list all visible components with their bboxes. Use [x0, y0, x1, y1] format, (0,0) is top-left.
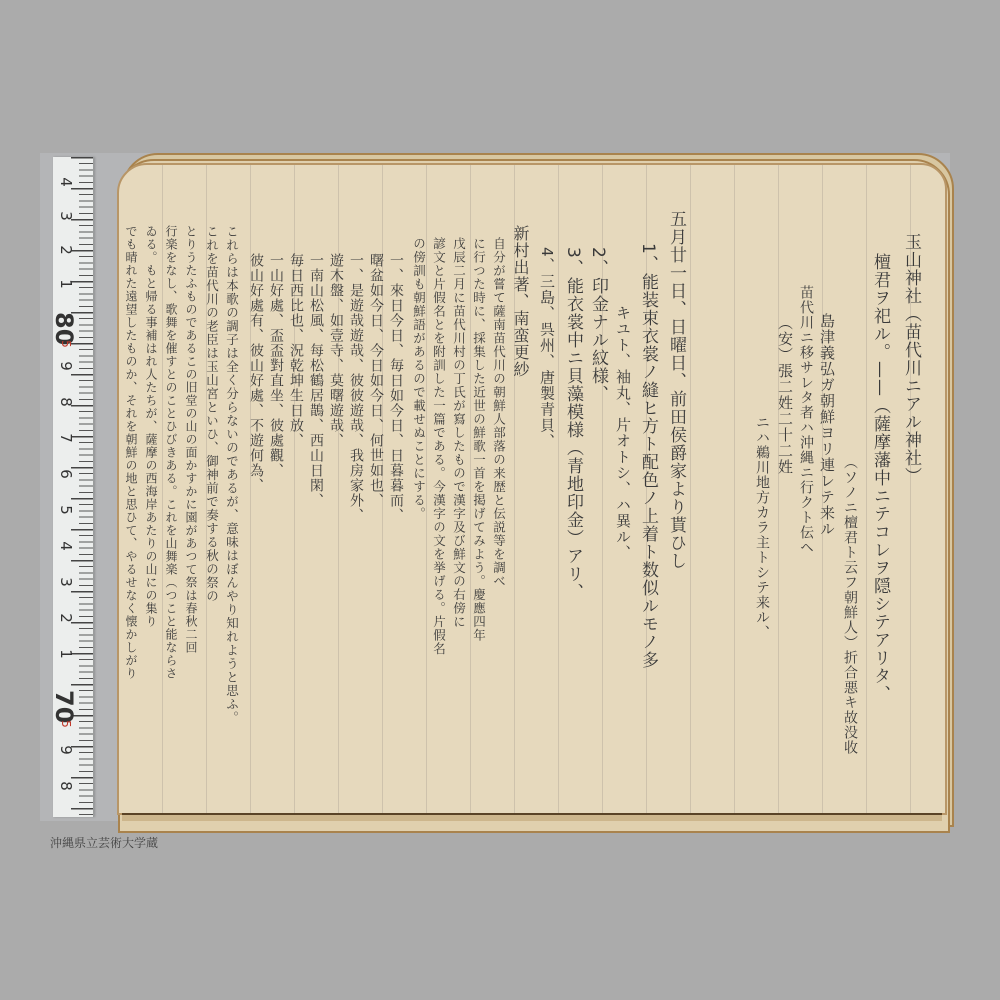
text-column: 玉山神社（苗代川ニアル神社）	[902, 233, 919, 485]
text-column: ゐる。もと帰る事補はれ人たちが、薩摩の西海岸あたりの山にの集り	[145, 225, 157, 628]
text-column: 3、能衣裳中ニ貝藻模様（青地印金）アリ、	[564, 247, 581, 601]
text-column: ニハ鵜川地方カラ主トシテ来ル、	[755, 415, 769, 640]
text-column: 苗代川ニ移サレタ者ハ沖縄ニ行クト伝ヘ	[799, 285, 813, 555]
ruler-label: 3	[57, 571, 75, 593]
text-column: （ソノニ檀君ト云フ朝鮮人）折合悪キ故没收	[843, 455, 857, 755]
ruler-label: 9	[57, 355, 75, 377]
ruler-label: 5	[59, 713, 73, 735]
ruler-label: 8	[57, 775, 75, 797]
ruler-label: 6	[57, 463, 75, 485]
text-column: 諺文と片假名とを附訓した一篇である。今漢字の文を挙げる。片假名	[432, 237, 445, 656]
ruler-label: 7	[57, 427, 75, 449]
text-column: 一山好處、盃盃對直坐、彼處觀、	[269, 253, 283, 478]
text-column: の傍訓も朝鮮語があるので載せぬことにする。	[412, 237, 425, 521]
manuscript-photo: 4 3 2 1 80 9 5 8 7 6 5 4 3 2 1 70 9 5 8 …	[40, 153, 950, 821]
text-column: キユト、袖丸、片オトシ、ハ異ル、	[615, 305, 630, 561]
text-column: 檀君ヲ祀ル。——（薩摩藩中ニテコレヲ隠シテアリタ、	[871, 253, 888, 703]
ruler-label: 4	[57, 535, 75, 557]
ruler-label: 3	[57, 205, 75, 227]
text-column: 自分が嘗て薩南苗代川の朝鮮人部落の来歴と伝説等を調べ	[492, 237, 505, 588]
ruler-label: 2	[57, 239, 75, 261]
text-column: 戊辰二月に苗代川村の丁氏が寫したもので漢字及び鮮文の右傍に	[452, 237, 465, 629]
text-column: 遊木盤、如壹寺、莫曙遊哉、	[329, 253, 343, 448]
text-column: これらは本歌の調子は全く分らないのであるが、意味はぼんやり知れようと思ふ。	[225, 225, 238, 725]
text-column: 一南山松風、每松鶴居鵲、西山日閑、	[309, 253, 323, 508]
text-column: 島津義弘ガ朝鮮ヨリ連レテ来ル	[819, 313, 834, 537]
text-column: 一、是遊哉遊哉、彼彼遊哉、我房家外、	[349, 253, 363, 523]
ruler-label: 1	[57, 643, 75, 665]
ruler-label: 70	[50, 690, 78, 712]
ruler-label: 5	[59, 333, 73, 355]
ruler-label: 1	[57, 273, 75, 295]
notebook-page: 玉山神社（苗代川ニアル神社） 檀君ヲ祀ル。——（薩摩藩中ニテコレヲ隠シテアリタ、…	[117, 163, 947, 815]
text-column: 五月廿一日、日曜日、前田侯爵家より貰ひし	[667, 210, 684, 570]
ruler-label: 9	[57, 739, 75, 761]
text-column: 彼山好處有、彼山好處、不遊何為、	[249, 253, 263, 493]
text-column: これを苗代川の老臣は玉山宮といひ、御神前で奏する秋の祭の	[205, 225, 218, 603]
text-column: とりうたふものであるこの旧堂の山の面かすかに園があつて祭は春秋二回	[185, 225, 197, 654]
text-column: 新村出著、南蛮更紗	[512, 225, 528, 378]
text-column: 行楽をなし、歌舞を催すとのことひびきある。これを山舞楽（つこと能ならさ	[165, 225, 177, 680]
text-column: でも晴れた遠望したものか、それを朝鮮の地と思ひて、やるせなく懐かしがり	[125, 225, 137, 680]
ruler-label: 4	[57, 171, 75, 193]
measuring-ruler: 4 3 2 1 80 9 5 8 7 6 5 4 3 2 1 70 9 5 8	[53, 157, 94, 817]
collection-credit: 沖縄県立芸術大学蔵	[50, 834, 158, 851]
text-column: 毎日西比也、況乾坤生日放、	[289, 253, 303, 448]
text-column: 2、印金ナル紋様、	[589, 247, 606, 403]
ruler-label: 8	[57, 391, 75, 413]
text-column: 4、三島、呉州、唐製青貝、	[539, 247, 554, 450]
text-column: 1、能装束衣裳ノ縫ヒ方ト配色ノ上着ト数似ルモノ多	[639, 243, 656, 669]
text-column: （安）張二姓二十二姓	[777, 315, 792, 475]
ruler-label: 80	[50, 312, 78, 334]
text-column: 一、來日今日、毎日如今日、日暮暮而、	[389, 253, 403, 523]
text-column: 曙盆如今日、今日如今日、何世如也、	[369, 253, 383, 508]
page-bottom-edge	[122, 813, 942, 821]
ruler-label: 2	[57, 607, 75, 629]
text-column: に行つた時に、採集した近世の鮮歌一首を掲げてみよう。慶應四年	[472, 237, 485, 642]
ruler-label: 5	[57, 499, 75, 521]
